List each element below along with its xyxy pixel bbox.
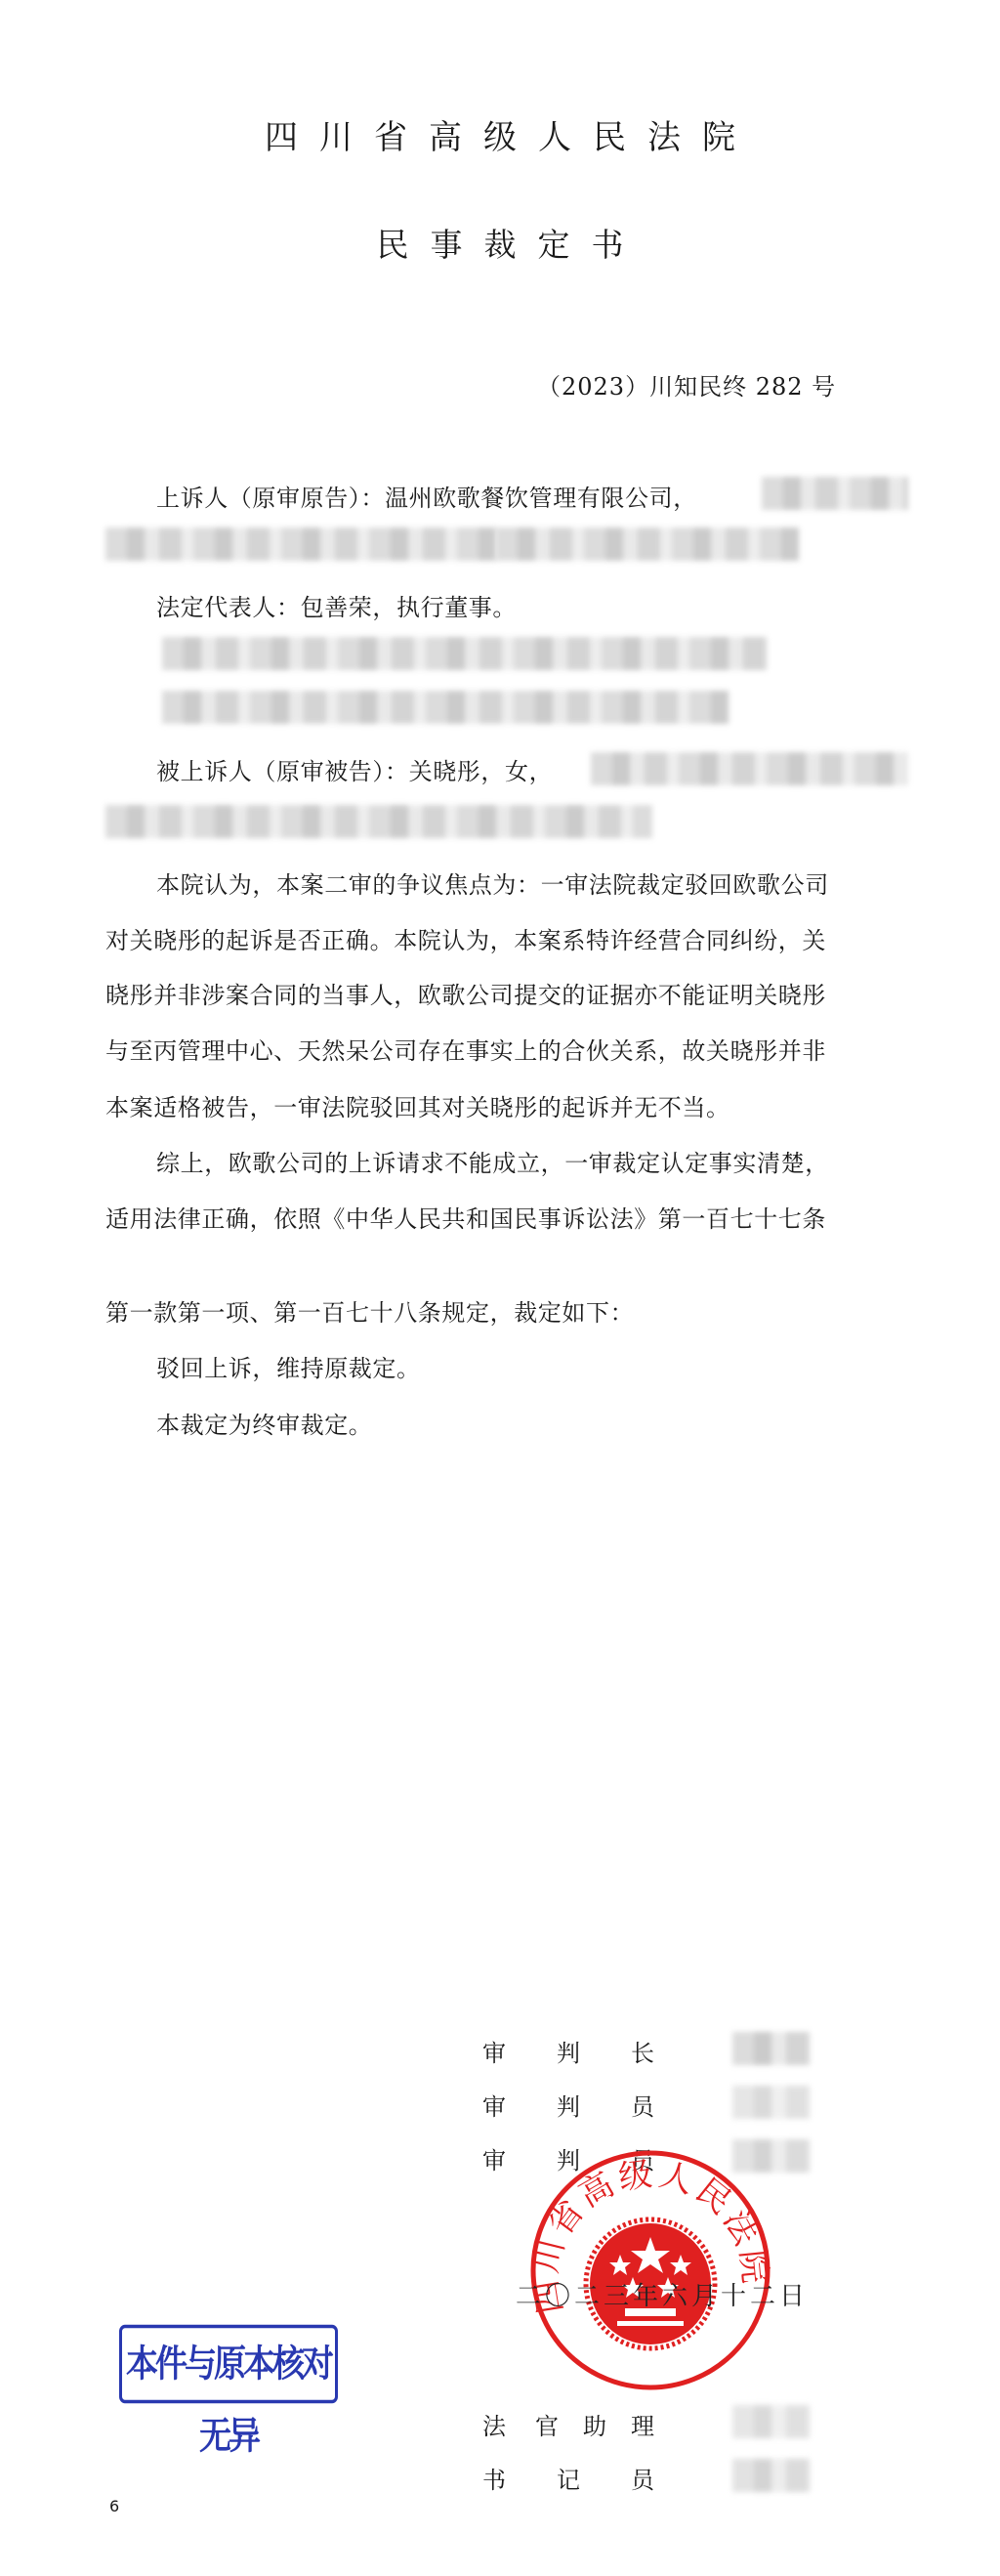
redacted-agent-line-1 bbox=[162, 637, 768, 670]
reasoning-line-3: 晓彤并非涉案合同的当事人，欧歌公司提交的证据亦不能证明关晓彤 bbox=[105, 976, 826, 1010]
legal-representative-line: 法定代表人：包善荣，执行董事。 bbox=[156, 588, 517, 622]
reasoning-line-1: 本院认为，本案二审的争议焦点为：一审法院裁定驳回欧歌公司 bbox=[156, 866, 829, 900]
ruling-line-1: 驳回上诉，维持原裁定。 bbox=[156, 1349, 421, 1383]
redacted-clerk-name bbox=[732, 2459, 811, 2492]
appellee-line: 被上诉人（原审被告）：关晓彤，女， bbox=[156, 752, 553, 786]
reasoning-line-2: 对关晓彤的起诉是否正确。本院认为，本案系特许经营合同纠纷，关 bbox=[105, 921, 826, 955]
court-name-title: 四川省高级人民法院 bbox=[0, 110, 1000, 158]
redacted-agent-line-2 bbox=[162, 691, 729, 724]
conclusion-line-3: 第一款第一项、第一百七十八条规定，裁定如下： bbox=[105, 1293, 634, 1328]
reasoning-line-4: 与至丙管理中心、天然呆公司存在事实上的合伙关系，故关晓彤并非 bbox=[105, 1032, 826, 1066]
redacted-appellant-info-1 bbox=[105, 528, 496, 561]
ruling-line-2: 本裁定为终审裁定。 bbox=[156, 1406, 372, 1440]
redacted-presiding-judge-name bbox=[732, 2032, 811, 2065]
court-seal-icon: 四川省高级人民法院 bbox=[527, 2147, 773, 2393]
redacted-appellant-address bbox=[762, 477, 908, 510]
conclusion-line-2: 适用法律正确，依照《中华人民共和国民事诉讼法》第一百七十七条 bbox=[105, 1200, 826, 1234]
redacted-judge-1-name bbox=[732, 2086, 811, 2119]
ruling-date: 二〇二三年六月十二日 bbox=[516, 2276, 809, 2312]
appellant-line: 上诉人（原审原告）：温州欧歌餐饮管理有限公司， bbox=[156, 479, 697, 513]
redacted-appellee-info-1 bbox=[591, 752, 908, 785]
document-type-title: 民事裁定书 bbox=[0, 220, 1000, 266]
case-number: （2023）川知民终 282 号 bbox=[537, 367, 836, 401]
page-number: 6 bbox=[109, 2497, 119, 2515]
reasoning-line-5: 本案适格被告，一审法院驳回其对关晓彤的起诉并无不当。 bbox=[105, 1088, 730, 1122]
conclusion-line-1: 综上，欧歌公司的上诉请求不能成立，一审裁定认定事实清楚， bbox=[156, 1144, 829, 1178]
redacted-assistant-name bbox=[732, 2405, 811, 2438]
redacted-appellee-info-2 bbox=[105, 805, 652, 838]
redacted-appellant-info-2 bbox=[496, 528, 799, 561]
verification-stamp: 本件与原本核对无异 bbox=[119, 2325, 338, 2404]
